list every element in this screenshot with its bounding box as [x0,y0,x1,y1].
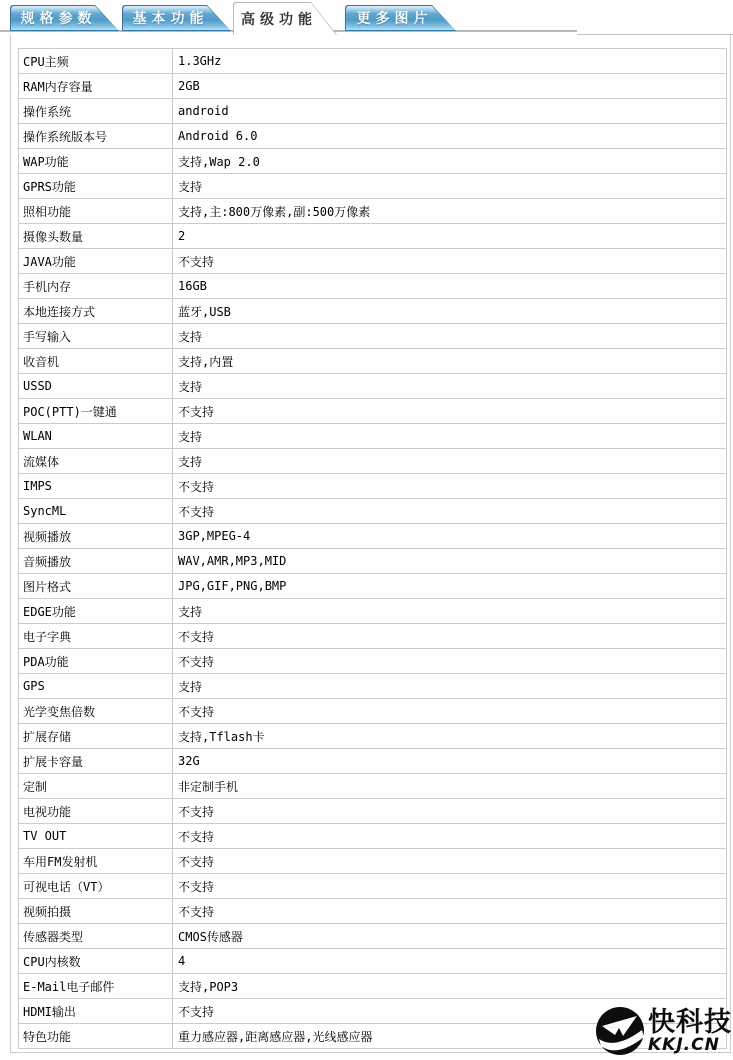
spec-value: 不支持 [173,699,727,724]
table-row: 可视电话（VT）不支持 [19,874,727,899]
spec-label: 车用FM发射机 [19,849,173,874]
spec-label: PDA功能 [19,649,173,674]
table-row: 音频播放WAV,AMR,MP3,MID [19,549,727,574]
spec-label: GPRS功能 [19,174,173,199]
table-row: 本地连接方式蓝牙,USB [19,299,727,324]
spec-label: RAM内存容量 [19,74,173,99]
spec-value: 2GB [173,74,727,99]
table-row: 视频播放3GP,MPEG-4 [19,524,727,549]
kkj-watermark: 快科技 KKJ.CN [595,1006,732,1056]
spec-value: CMOS传感器 [173,924,727,949]
spec-value: 支持 [173,599,727,624]
table-row: 流媒体支持 [19,449,727,474]
spec-value: 支持 [173,374,727,399]
spec-value: 支持,Tflash卡 [173,724,727,749]
table-row: 照相功能支持,主:800万像素,副:500万像素 [19,199,727,224]
spec-value: 不支持 [173,874,727,899]
table-row: E-Mail电子邮件支持,POP3 [19,974,727,999]
table-row: 电视功能不支持 [19,799,727,824]
spec-value: 1.3GHz [173,49,727,74]
spec-label: 电视功能 [19,799,173,824]
spec-value: 不支持 [173,624,727,649]
table-row: 手写输入支持 [19,324,727,349]
kkj-logo-text: 快科技 KKJ.CN [648,1009,732,1054]
spec-label: USSD [19,374,173,399]
spec-value: 不支持 [173,399,727,424]
tab-label: 规格参数 [10,5,119,31]
spec-value: 支持,POP3 [173,974,727,999]
spec-value: JPG,GIF,PNG,BMP [173,574,727,599]
table-row: 视频拍摄不支持 [19,899,727,924]
spec-label: 本地连接方式 [19,299,173,324]
spec-value: WAV,AMR,MP3,MID [173,549,727,574]
table-row: WLAN支持 [19,424,727,449]
spec-value: 支持,主:800万像素,副:500万像素 [173,199,727,224]
spec-label: SyncML [19,499,173,524]
spec-label: 流媒体 [19,449,173,474]
spec-label: CPU内核数 [19,949,173,974]
table-row: TV OUT不支持 [19,824,727,849]
spec-label: 摄像头数量 [19,224,173,249]
table-row: JAVA功能不支持 [19,249,727,274]
spec-label: 手写输入 [19,324,173,349]
spec-label: TV OUT [19,824,173,849]
table-row: 光学变焦倍数不支持 [19,699,727,724]
table-row: 收音机支持,内置 [19,349,727,374]
spec-value: 不支持 [173,799,727,824]
spec-label: 视频拍摄 [19,899,173,924]
spec-value: 支持,内置 [173,349,727,374]
table-row: PDA功能不支持 [19,649,727,674]
spec-value: 不支持 [173,899,727,924]
spec-label: 扩展卡容量 [19,749,173,774]
spec-content-panel: CPU主频1.3GHzRAM内存容量2GB操作系统android操作系统版本号A… [10,35,731,1053]
spec-value: 不支持 [173,649,727,674]
spec-value: 支持 [173,424,727,449]
spec-label: 操作系统 [19,99,173,124]
spec-label: HDMI输出 [19,999,173,1024]
table-row: 手机内存16GB [19,274,727,299]
spec-label: E-Mail电子邮件 [19,974,173,999]
table-row: 摄像头数量2 [19,224,727,249]
spec-value: 16GB [173,274,727,299]
table-row: 车用FM发射机不支持 [19,849,727,874]
spec-label: 可视电话（VT） [19,874,173,899]
spec-value: 支持 [173,674,727,699]
table-row: IMPS不支持 [19,474,727,499]
kkj-logo-icon [595,1006,645,1056]
tab-basic-functions[interactable]: 基本功能 [122,5,231,31]
table-row: 定制非定制手机 [19,774,727,799]
spec-label: EDGE功能 [19,599,173,624]
spec-value: 非定制手机 [173,774,727,799]
spec-value: 2 [173,224,727,249]
spec-value: 支持 [173,324,727,349]
spec-label: 特色功能 [19,1024,173,1049]
spec-label: 音频播放 [19,549,173,574]
tab-advanced-functions-active[interactable]: 高级功能 [233,2,337,35]
table-row: EDGE功能支持 [19,599,727,624]
spec-table: CPU主频1.3GHzRAM内存容量2GB操作系统android操作系统版本号A… [18,48,727,1049]
spec-value: 支持 [173,174,727,199]
table-row: 电子字典不支持 [19,624,727,649]
table-row: 图片格式JPG,GIF,PNG,BMP [19,574,727,599]
panel-top-border [577,34,733,35]
table-row: CPU主频1.3GHz [19,49,727,74]
table-row: USSD支持 [19,374,727,399]
spec-value: Android 6.0 [173,124,727,149]
tab-label: 基本功能 [122,5,231,31]
tab-label: 更多图片 [345,5,456,31]
table-row: GPRS功能支持 [19,174,727,199]
tab-label: 高级功能 [233,2,337,35]
spec-label: 视频播放 [19,524,173,549]
spec-label: 光学变焦倍数 [19,699,173,724]
spec-label: JAVA功能 [19,249,173,274]
spec-label: 收音机 [19,349,173,374]
spec-label: WAP功能 [19,149,173,174]
table-row: 传感器类型CMOS传感器 [19,924,727,949]
table-row: 操作系统版本号Android 6.0 [19,124,727,149]
spec-label: POC(PTT)一键通 [19,399,173,424]
table-row: RAM内存容量2GB [19,74,727,99]
table-row: 扩展卡容量32G [19,749,727,774]
spec-value: 支持,Wap 2.0 [173,149,727,174]
spec-label: CPU主频 [19,49,173,74]
table-row: 操作系统android [19,99,727,124]
spec-value: 不支持 [173,499,727,524]
spec-value: 不支持 [173,824,727,849]
spec-label: 传感器类型 [19,924,173,949]
spec-label: 手机内存 [19,274,173,299]
spec-label: WLAN [19,424,173,449]
kkj-domain: KKJ.CN [648,1037,720,1054]
spec-label: 操作系统版本号 [19,124,173,149]
table-row: GPS支持 [19,674,727,699]
tab-bar: 规格参数 基本功能 高级功能 更多图片 [0,0,733,36]
spec-label: GPS [19,674,173,699]
spec-label: 图片格式 [19,574,173,599]
spec-value: 支持 [173,449,727,474]
spec-label: 电子字典 [19,624,173,649]
spec-label: 扩展存储 [19,724,173,749]
kkj-brand-name: 快科技 [648,1009,732,1036]
tab-more-pictures[interactable]: 更多图片 [345,5,456,31]
spec-value: 32G [173,749,727,774]
spec-label: IMPS [19,474,173,499]
tab-spec-params[interactable]: 规格参数 [10,5,119,31]
table-row: WAP功能支持,Wap 2.0 [19,149,727,174]
spec-value: 不支持 [173,249,727,274]
spec-value: 不支持 [173,474,727,499]
spec-value: 蓝牙,USB [173,299,727,324]
table-row: 扩展存储支持,Tflash卡 [19,724,727,749]
table-row: SyncML不支持 [19,499,727,524]
spec-value: 3GP,MPEG-4 [173,524,727,549]
table-row: CPU内核数4 [19,949,727,974]
table-row: POC(PTT)一键通不支持 [19,399,727,424]
spec-value: 4 [173,949,727,974]
spec-label: 照相功能 [19,199,173,224]
spec-label: 定制 [19,774,173,799]
spec-value: android [173,99,727,124]
spec-value: 不支持 [173,849,727,874]
spec-table-body: CPU主频1.3GHzRAM内存容量2GB操作系统android操作系统版本号A… [19,49,727,1049]
